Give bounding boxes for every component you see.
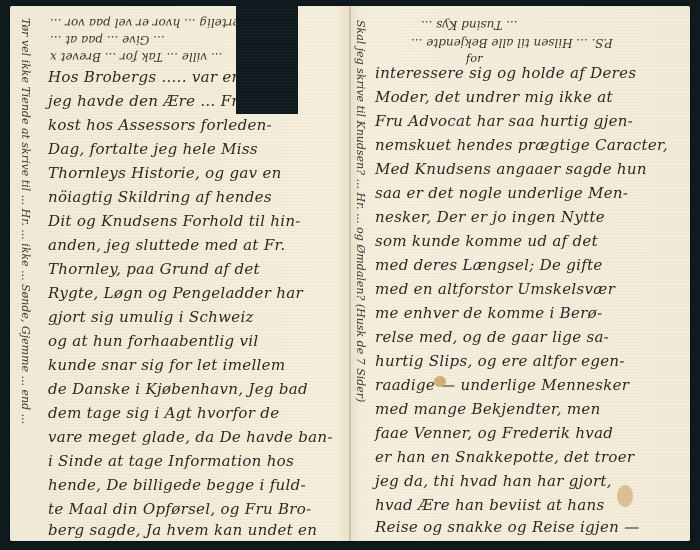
letter-line: med mange Bekjendter, men <box>375 400 601 418</box>
letter-line: med deres Længsel; De gifte <box>375 256 603 274</box>
letter-line: Reise og snakke og Reise igjen — <box>375 518 640 536</box>
letter-line: gjort sig umulig i Schweiz <box>48 308 254 326</box>
letter-sheet: Hjertelig ... hvor er vel paa vor ... ..… <box>10 6 690 541</box>
letter-line: me enhver de komme i Berø- <box>375 304 602 322</box>
letter-line: raadige — underlige Mennesker <box>375 376 629 394</box>
letter-line: relse med, og de gaar lige sa- <box>375 328 609 346</box>
letter-line: med en altforstor Umskelsvær <box>375 280 615 298</box>
letter-line: nemskuet hendes prægtige Caracter, <box>375 136 668 154</box>
letter-line: kunde snar sig for let imellem <box>48 356 285 374</box>
letter-line: Dit og Knudsens Forhold til hin- <box>48 212 301 230</box>
torn-cutout <box>236 6 298 114</box>
upside-down-line: ... Give ... paa at ... <box>50 33 165 47</box>
letter-line: Dag, fortalte jeg hele Miss <box>48 140 258 158</box>
letter-line: dem tage sig i Agt hvorfor de <box>48 404 279 422</box>
letter-line: hurtig Slips, og ere altfor egen- <box>375 352 625 370</box>
letter-line: anden, jeg sluttede med at Fr. <box>48 236 285 254</box>
letter-line: og at hun forhaabentlig vil <box>48 332 259 350</box>
letter-line: hvad Ære han beviist at hans <box>375 496 604 514</box>
letter-line: nesker, Der er jo ingen Nytte <box>375 208 605 226</box>
upside-down-line: ... Tusind Kys ... <box>421 18 518 32</box>
letter-line: Hos Brobergs ..... var en <box>48 68 242 86</box>
ink-stain <box>617 485 633 507</box>
letter-line: te Maal din Opførsel, og Fru Bro- <box>48 500 311 518</box>
letter-line: i Sinde at tage Information hos <box>48 452 294 470</box>
upside-down-line: Hjertelig ... hvor er vel paa vor ... <box>50 16 254 30</box>
letter-line: faae Venner, og Frederik hvad <box>375 424 613 442</box>
ink-stain <box>434 376 446 387</box>
margin-note: Tør vel ikke Tiende at skrive til ... Hr… <box>19 18 32 424</box>
letter-line: jeg havde den Ære ... Fro- <box>48 92 254 110</box>
upside-down-line: P.S. ... Hilsen til alle Bekjendte ... <box>411 36 613 50</box>
letter-line: berg sagde, Ja hvem kan undet en <box>48 521 317 539</box>
letter-line: vare meget glade, da De havde ban- <box>48 428 333 446</box>
letter-line: de Danske i Kjøbenhavn, Jeg bad <box>48 380 308 398</box>
letter-line: kost hos Assessors forleden- <box>48 116 272 134</box>
letter-line: interessere sig og holde af Deres <box>375 64 636 82</box>
letter-line: Thornleys Historie, og gav en <box>48 164 282 182</box>
letter-line: nöiagtig Skildring af hendes <box>48 188 272 206</box>
letter-line: Thornley, paa Grund af det <box>48 260 260 278</box>
letter-line: Med Knudsens angaaer sagde hun <box>375 160 647 178</box>
letter-line: er han en Snakkepotte, det troer <box>375 448 634 466</box>
right-page: ... Tusind Kys ... P.S. ... Hilsen til a… <box>351 6 690 541</box>
letter-line: jeg da, thi hvad han har gjort, <box>375 472 612 490</box>
upside-down-line: ... ville ... Tak for ... Brevet x <box>50 50 222 64</box>
letter-line: saa er det nogle underlige Men- <box>375 184 628 202</box>
left-page: Hjertelig ... hvor er vel paa vor ... ..… <box>10 6 349 541</box>
letter-line: Rygte, Løgn og Pengeladder har <box>48 284 303 302</box>
letter-line: Moder, det undrer mig ikke at <box>375 88 613 106</box>
letter-line: hende, De billigede begge i fuld- <box>48 476 306 494</box>
letter-line: som kunde komme ud af det <box>375 232 598 250</box>
margin-note: Skal jeg skrive til Knudsen? ... Hr. ...… <box>354 20 367 402</box>
letter-line: Fru Advocat har saa hurtig gjen- <box>375 112 633 130</box>
